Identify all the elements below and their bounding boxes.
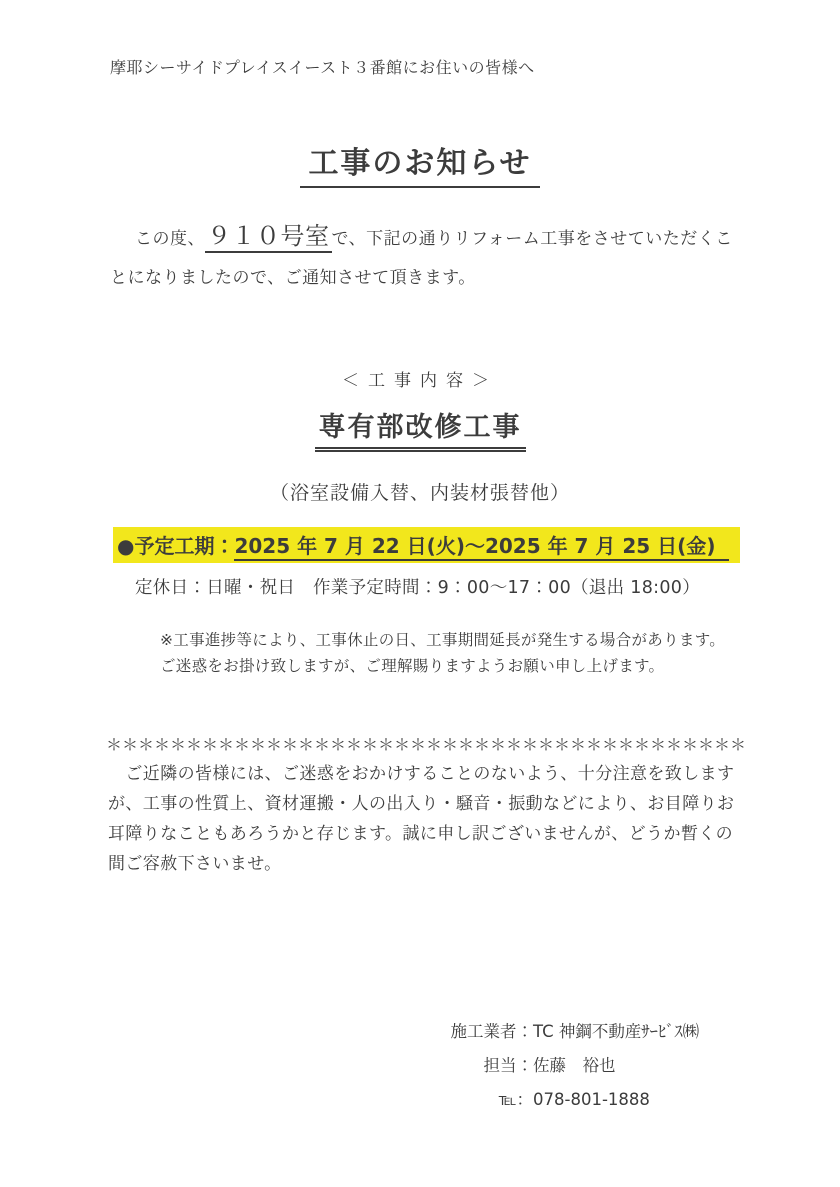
intro-paragraph: この度、９１０号室で、下記の通りリフォーム工事をさせていただくことになりましたの… bbox=[110, 212, 742, 296]
working-hours-line: 定休日：日曜・祝日 作業予定時間：9：00～17：00（退出 18:00） bbox=[135, 574, 840, 599]
contact-value-tel: 078-801-1888 bbox=[533, 1090, 650, 1109]
progress-note: ※工事進捗等により、工事休止の日、工事期間延長が発生する場合があります。 ご迷惑… bbox=[160, 627, 840, 680]
contact-label-tel: ℡： bbox=[437, 1083, 533, 1117]
schedule-highlight: ●予定工期：2025 年 7 月 22 日(火)～2025 年 7 月 25 日… bbox=[113, 527, 740, 563]
contact-row-tel: ℡：078-801-1888 bbox=[437, 1083, 699, 1117]
work-detail: （浴室設備入替、内装材張替他） bbox=[0, 478, 840, 505]
contact-value-contractor: TC 神鋼不動産ｻｰﾋﾞｽ㈱ bbox=[533, 1022, 699, 1041]
page-title-text: 工事のお知らせ bbox=[300, 138, 539, 188]
recipient-line: 摩耶シーサイドプレイスイースト３番館にお住いの皆様へ bbox=[110, 0, 840, 78]
contact-row-contractor: 施工業者：TC 神鋼不動産ｻｰﾋﾞｽ㈱ bbox=[437, 1015, 699, 1049]
intro-prefix: この度、 bbox=[135, 229, 205, 249]
schedule-bullet-icon: ● bbox=[117, 534, 134, 558]
contact-label-person: 担当： bbox=[437, 1049, 533, 1083]
page-title: 工事のお知らせ bbox=[0, 138, 840, 188]
room-number: ９１０号室 bbox=[205, 222, 332, 253]
schedule-dates: 2025 年 7 月 22 日(火)～2025 年 7 月 25 日(金) bbox=[234, 534, 729, 561]
note-line-2: ご迷惑をお掛け致しますが、ご理解賜りますようお願い申し上げます。 bbox=[160, 653, 840, 679]
work-title: 専有部改修工事 bbox=[315, 405, 526, 452]
schedule-label: 予定工期： bbox=[134, 534, 234, 558]
section-heading-work-contents: ＜工事内容＞ bbox=[0, 366, 840, 391]
contact-value-person: 佐藤 裕也 bbox=[533, 1056, 616, 1075]
note-line-1: ※工事進捗等により、工事休止の日、工事期間延長が発生する場合があります。 bbox=[160, 627, 840, 653]
contact-row-person: 担当：佐藤 裕也 bbox=[437, 1049, 699, 1083]
closing-paragraph: ご近隣の皆様には、ご迷惑をおかけすることのないよう、十分注意を致しますが、工事の… bbox=[108, 759, 742, 880]
contact-block: 施工業者：TC 神鋼不動産ｻｰﾋﾞｽ㈱ 担当：佐藤 裕也 ℡：078-801-1… bbox=[437, 1015, 699, 1116]
asterisk-separator: ＊＊＊＊＊＊＊＊＊＊＊＊＊＊＊＊＊＊＊＊＊＊＊＊＊＊＊＊＊＊＊＊＊＊＊＊＊＊＊＊ bbox=[106, 732, 840, 755]
notice-page: 摩耶シーサイドプレイスイースト３番館にお住いの皆様へ 工事のお知らせ この度、９… bbox=[0, 0, 840, 1187]
work-title-wrap: 専有部改修工事 bbox=[0, 405, 840, 452]
contact-label-contractor: 施工業者： bbox=[437, 1015, 533, 1049]
